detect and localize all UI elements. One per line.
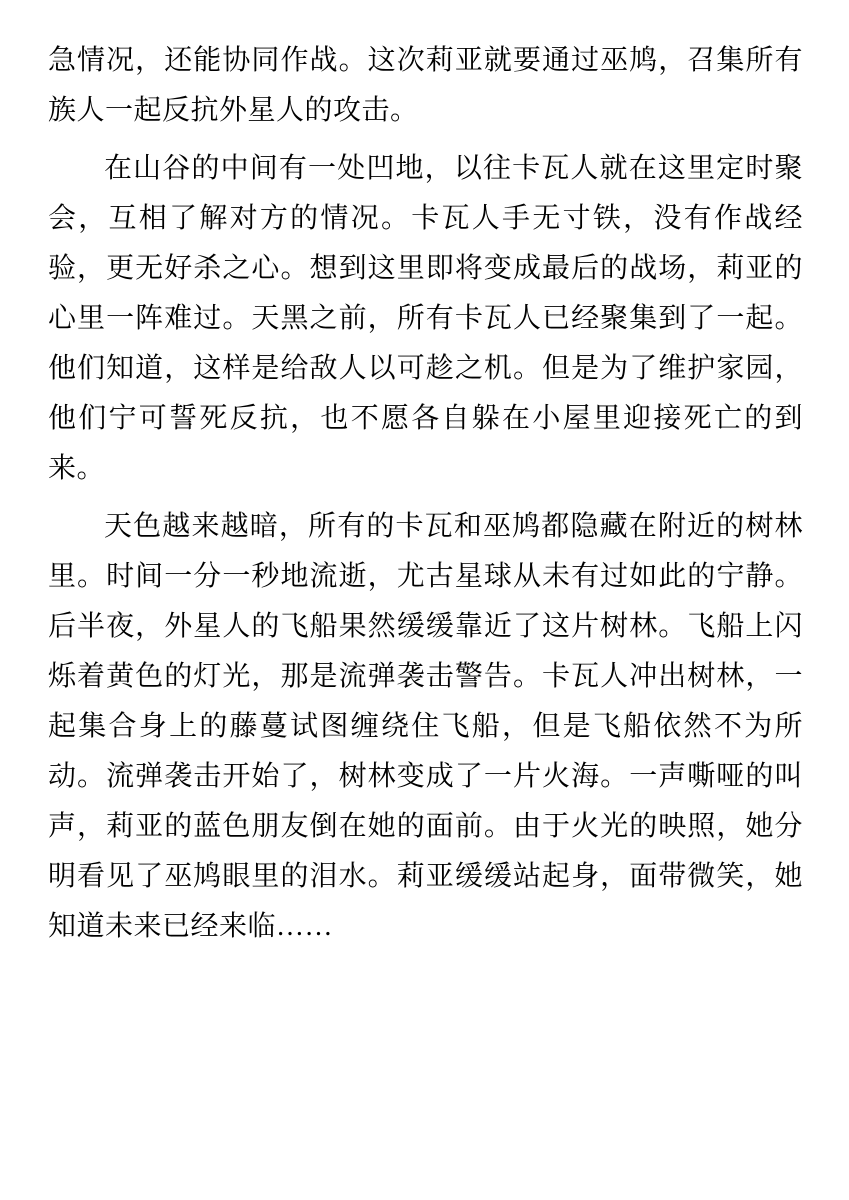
document-page: 急情况，还能协同作战。这次莉亚就要通过巫鸠，召集所有族人一起反抗外星人的攻击。 … xyxy=(0,0,849,1200)
paragraph-continuation: 急情况，还能协同作战。这次莉亚就要通过巫鸠，召集所有族人一起反抗外星人的攻击。 xyxy=(48,36,803,136)
paragraph-valley-gathering: 在山谷的中间有一处凹地，以往卡瓦人就在这里定时聚会，互相了解对方的情况。卡瓦人手… xyxy=(48,144,803,494)
paragraph-night-battle: 天色越来越暗，所有的卡瓦和巫鸠都隐藏在附近的树林里。时间一分一秒地流逝，尤古星球… xyxy=(48,502,803,952)
story-text-block: 急情况，还能协同作战。这次莉亚就要通过巫鸠，召集所有族人一起反抗外星人的攻击。 … xyxy=(48,36,803,960)
